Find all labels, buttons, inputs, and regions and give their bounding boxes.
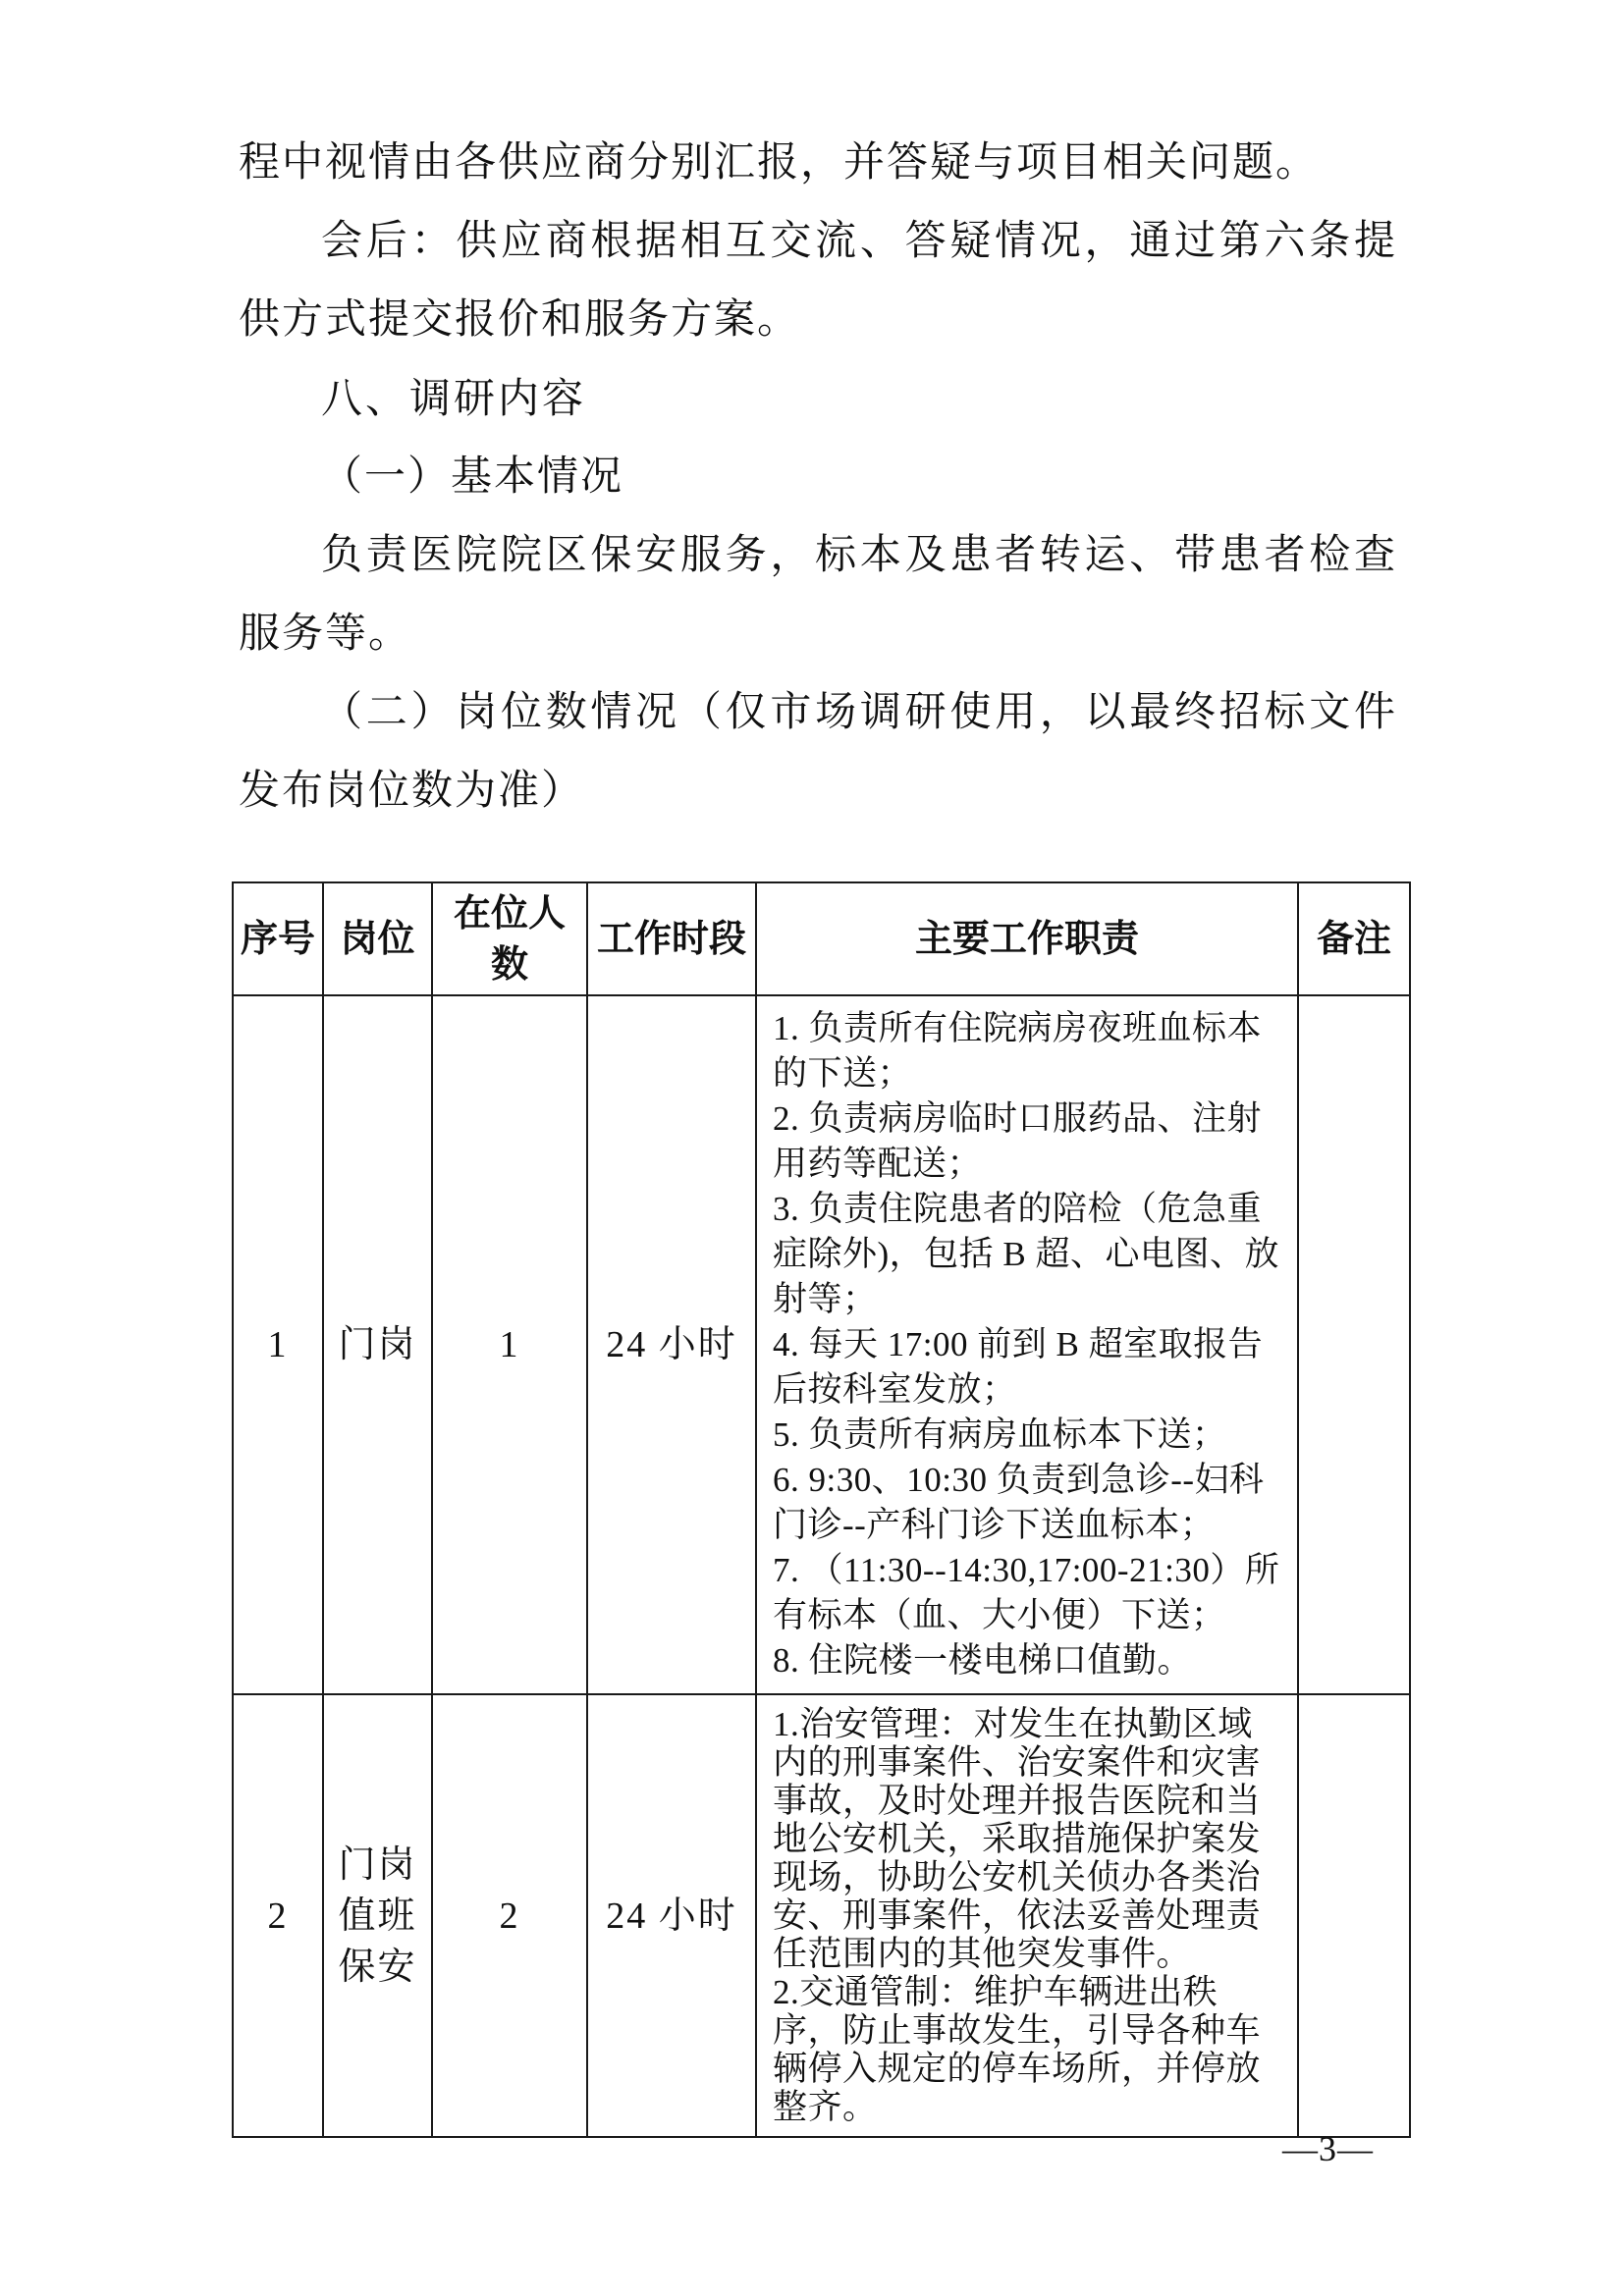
subsection-heading-2-positions: （二）岗位数情况（仅市场调研使用，以最终招标文件发布岗位数为准）: [239, 673, 1397, 830]
cell-no: 2: [233, 1694, 323, 2137]
duty-item: 2.交通管制：维护车辆进出秩序，防止事故发生，引导各种车辆停入规定的停车场所，并…: [773, 1973, 1281, 2126]
cell-post: 门岗值班保安: [323, 1694, 432, 2137]
cell-remark: [1298, 1694, 1410, 2137]
positions-table: 序号 岗位 在位人数 工作时段 主要工作职责 备注 1 门岗 1 24 小时 1…: [232, 881, 1411, 2138]
duty-item: 7. （11:30--14:30,17:00-21:30）所有标本（血、大小便）…: [773, 1548, 1281, 1638]
duty-item: 1.治安管理：对发生在执勤区域内的刑事案件、治安案件和灾害事故，及时处理并报告医…: [773, 1705, 1281, 1973]
section-heading-8: 八、调研内容: [239, 359, 1397, 438]
table-row: 1 门岗 1 24 小时 1. 负责所有住院病房夜班血标本的下送；2. 负责病房…: [233, 995, 1410, 1694]
col-header-post: 岗位: [323, 882, 432, 995]
col-header-remark: 备注: [1298, 882, 1410, 995]
table-row: 2 门岗值班保安 2 24 小时 1.治安管理：对发生在执勤区域内的刑事案件、治…: [233, 1694, 1410, 2137]
cell-remark: [1298, 995, 1410, 1694]
cell-count: 2: [432, 1694, 587, 2137]
page-number: —3—: [1282, 2128, 1374, 2169]
cell-count: 1: [432, 995, 587, 1694]
table-header-row: 序号 岗位 在位人数 工作时段 主要工作职责 备注: [233, 882, 1410, 995]
paragraph-after-meeting: 会后：供应商根据相互交流、答疑情况，通过第六条提供方式提交报价和服务方案。: [239, 202, 1397, 359]
duty-item: 4. 每天 17:00 前到 B 超室取报告后按科室发放；: [773, 1322, 1281, 1413]
cell-hours: 24 小时: [587, 995, 756, 1694]
paragraph-basic-situation: 负责医院院区保安服务，标本及患者转运、带患者检查服务等。: [239, 516, 1397, 673]
cell-duties: 1.治安管理：对发生在执勤区域内的刑事案件、治安案件和灾害事故，及时处理并报告医…: [756, 1694, 1298, 2137]
body-text: 程中视情由各供应商分别汇报，并答疑与项目相关问题。 会后：供应商根据相互交流、答…: [239, 124, 1397, 830]
duty-item: 1. 负责所有住院病房夜班血标本的下送；: [773, 1006, 1281, 1096]
subsection-heading-1-basic: （一）基本情况: [239, 438, 1397, 516]
duty-item: 5. 负责所有病房血标本下送；: [773, 1413, 1281, 1458]
col-header-hours: 工作时段: [587, 882, 756, 995]
document-page: 程中视情由各供应商分别汇报，并答疑与项目相关问题。 会后：供应商根据相互交流、答…: [0, 0, 1624, 2296]
cell-duties: 1. 负责所有住院病房夜班血标本的下送；2. 负责病房临时口服药品、注射用药等配…: [756, 995, 1298, 1694]
duty-item: 2. 负责病房临时口服药品、注射用药等配送；: [773, 1096, 1281, 1187]
col-header-count: 在位人数: [432, 882, 587, 995]
cell-hours: 24 小时: [587, 1694, 756, 2137]
col-header-no: 序号: [233, 882, 323, 995]
paragraph-continuation: 程中视情由各供应商分别汇报，并答疑与项目相关问题。: [239, 124, 1397, 202]
cell-no: 1: [233, 995, 323, 1694]
duty-item: 6. 9:30、10:30 负责到急诊--妇科门诊--产科门诊下送血标本；: [773, 1458, 1281, 1548]
duty-item: 3. 负责住院患者的陪检（危急重症除外)，包括 B 超、心电图、放射等；: [773, 1187, 1281, 1322]
col-header-duties: 主要工作职责: [756, 882, 1298, 995]
cell-post: 门岗: [323, 995, 432, 1694]
duty-item: 8. 住院楼一楼电梯口值勤。: [773, 1638, 1281, 1683]
